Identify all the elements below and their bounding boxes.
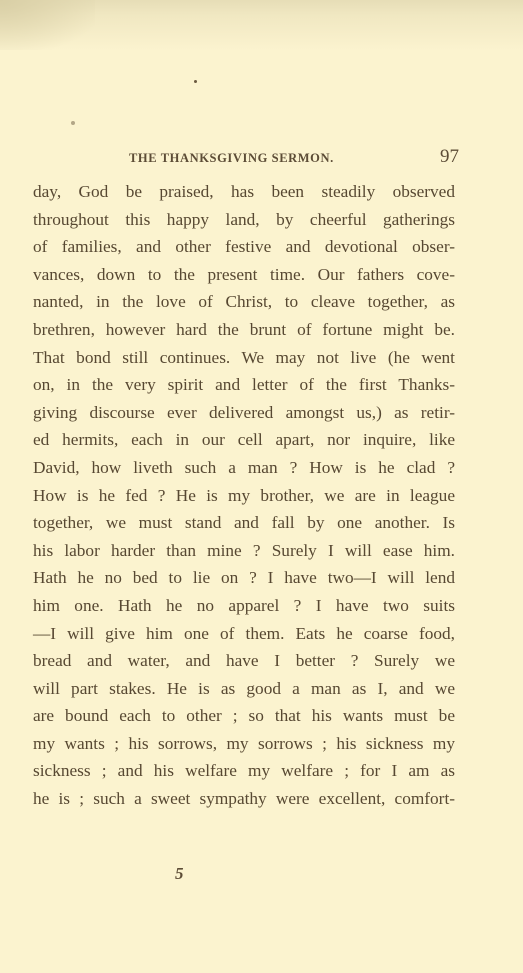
page-header: THE THANKSGIVING SERMON. 97 [129,146,459,168]
ink-speck [71,121,75,125]
text-line: David, how liveth such a man ? How is he… [33,454,455,482]
body-text: day, God be praised, has been steadily o… [33,178,455,813]
text-line: day, God be praised, has been steadily o… [33,178,455,206]
text-line: on, in the very spirit and letter of the… [33,371,455,399]
text-line: him one. Hath he no apparel ? I have two… [33,592,455,620]
text-line: Hath he no bed to lie on ? I have two—I … [33,564,455,592]
text-line: throughout this happy land, by cheerful … [33,206,455,234]
text-line: his labor harder than mine ? Surely I wi… [33,537,455,565]
page-corner-shading [0,0,95,50]
ink-speck [194,80,197,83]
text-line: brethren, however hard the brunt of fort… [33,316,455,344]
text-line: together, we must stand and fall by one … [33,509,455,537]
text-line: —I will give him one of them. Eats he co… [33,620,455,648]
text-line: That bond still continues. We may not li… [33,344,455,372]
text-line: nanted, in the love of Christ, to cleave… [33,288,455,316]
text-line: my wants ; his sorrows, my sorrows ; his… [33,730,455,758]
text-line: sickness ; and his welfare my welfare ; … [33,757,455,785]
running-head: THE THANKSGIVING SERMON. [129,151,334,166]
text-line: of families, and other festive and devot… [33,233,455,261]
text-line: vances, down to the present time. Our fa… [33,261,455,289]
text-line: will part stakes. He is as good a man as… [33,675,455,703]
signature-mark: 5 [175,864,184,884]
text-line: giving discourse ever delivered amongst … [33,399,455,427]
text-line: bread and water, and have I better ? Sur… [33,647,455,675]
page-number: 97 [440,146,459,168]
text-line: he is ; such a sweet sympathy were excel… [33,785,455,813]
text-line: are bound each to other ; so that his wa… [33,702,455,730]
text-line: How is he fed ? He is my brother, we are… [33,482,455,510]
text-line: ed hermits, each in our cell apart, nor … [33,426,455,454]
